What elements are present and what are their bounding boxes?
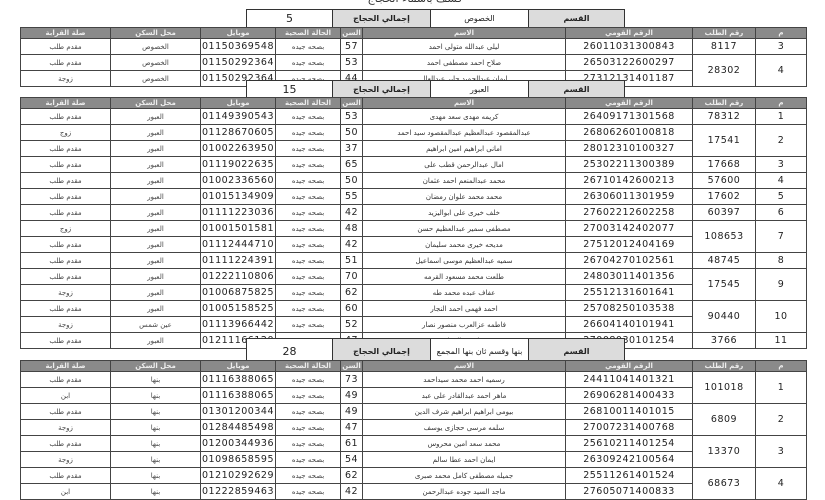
mobile-cell: 01113966442 xyxy=(201,317,276,333)
national-id-cell: 26306011301959 xyxy=(566,189,693,205)
health-cell: بصحه جيده xyxy=(276,452,341,468)
column-header-request-no: رقم الطلب xyxy=(693,361,756,372)
section-total-value: 15 xyxy=(247,81,333,98)
residence-cell: الخصوص xyxy=(111,71,201,87)
mobile-cell: 01111223036 xyxy=(201,205,276,221)
mobile-cell: 01116388065 xyxy=(201,372,276,388)
table-row: مقدم طلبالخصوص01150369548بصحه جيده57ليلى… xyxy=(21,39,807,55)
name-cell: مديحه خيرى محمد سليمان xyxy=(363,237,566,253)
residence-cell: العبور xyxy=(111,189,201,205)
name-cell: طلعت محمد مسعود القرمه xyxy=(363,269,566,285)
residence-cell: بنها xyxy=(111,372,201,388)
residence-cell: العبور xyxy=(111,109,201,125)
residence-cell: الخصوص xyxy=(111,55,201,71)
section-dept-label: القسم xyxy=(529,81,624,98)
column-header-name: الاسم xyxy=(363,361,566,372)
name-cell: جميله مصطفى كامل محمد صبرى xyxy=(363,468,566,484)
relation-cell: مقدم طلب xyxy=(21,436,111,452)
relation-cell: زوجة xyxy=(21,420,111,436)
age-cell: 47 xyxy=(341,420,363,436)
request-no-cell: 48745 xyxy=(693,253,756,269)
column-header-index: م xyxy=(756,98,807,109)
residence-cell: العبور xyxy=(111,221,201,237)
age-cell: 65 xyxy=(341,157,363,173)
section-dept-value: العبور xyxy=(431,81,529,98)
national-id-cell: 26309242100564 xyxy=(566,452,693,468)
column-header-mobile: موبايل xyxy=(201,98,276,109)
age-cell: 42 xyxy=(341,237,363,253)
column-header-relation: صلة القرابة xyxy=(21,361,111,372)
index-cell: 4 xyxy=(756,55,807,87)
mobile-cell: 01001501581 xyxy=(201,221,276,237)
relation-cell: ابن xyxy=(21,388,111,404)
health-cell: بصحه جيده xyxy=(276,125,341,141)
residence-cell: بنها xyxy=(111,388,201,404)
relation-cell: زوجة xyxy=(21,317,111,333)
request-no-cell: 17541 xyxy=(693,125,756,157)
request-no-cell: 101018 xyxy=(693,372,756,404)
table-row: زوجةالعبور01006875825بصحه جيده62عفاف عبد… xyxy=(21,285,807,301)
table-row: مقدم طلبالعبور01005158525بصحه جيده60احمد… xyxy=(21,301,807,317)
request-no-cell: 108653 xyxy=(693,221,756,253)
health-cell: بصحه جيده xyxy=(276,484,341,500)
request-no-cell: 28302 xyxy=(693,55,756,87)
national-id-cell: 25511261401524 xyxy=(566,468,693,484)
index-cell: 1 xyxy=(756,372,807,404)
mobile-cell: 01098658595 xyxy=(201,452,276,468)
column-header-relation: صلة القرابة xyxy=(21,98,111,109)
column-header-name: الاسم xyxy=(363,28,566,39)
health-cell: بصحه جيده xyxy=(276,55,341,71)
table-header-row: صلة القرابةمحل السكنموبايلالحالة الصحيةا… xyxy=(21,361,807,372)
table-row: مقدم طلبالعبور01015134909بصحه جيده55محمد… xyxy=(21,189,807,205)
age-cell: 37 xyxy=(341,141,363,157)
mobile-cell: 01128670605 xyxy=(201,125,276,141)
column-header-national-id: الرقم القومي xyxy=(566,361,693,372)
name-cell: ماهر احمد عبدالقادر على عبد xyxy=(363,388,566,404)
name-cell: محمد سعد امين محروس xyxy=(363,436,566,452)
column-header-residence: محل السكن xyxy=(111,361,201,372)
index-cell: 8 xyxy=(756,253,807,269)
table-row: مقدم طلببنها01301200344بصحه جيده49بيومى … xyxy=(21,404,807,420)
residence-cell: العبور xyxy=(111,253,201,269)
residence-cell: بنها xyxy=(111,436,201,452)
relation-cell: زوجة xyxy=(21,452,111,468)
health-cell: بصحه جيده xyxy=(276,269,341,285)
age-cell: 55 xyxy=(341,189,363,205)
national-id-cell: 28012310100327 xyxy=(566,141,693,157)
residence-cell: العبور xyxy=(111,205,201,221)
relation-cell: مقدم طلب xyxy=(21,157,111,173)
national-id-cell: 25708250103538 xyxy=(566,301,693,317)
name-cell: احمد فهمى احمد النجار xyxy=(363,301,566,317)
age-cell: 42 xyxy=(341,205,363,221)
residence-cell: بنها xyxy=(111,468,201,484)
name-cell: سلمه مرسى حجازى يوسف xyxy=(363,420,566,436)
request-no-cell: 60397 xyxy=(693,205,756,221)
mobile-cell: 01149390543 xyxy=(201,109,276,125)
table-row: مقدم طلببنها01116388065بصحه جيده73رسميه … xyxy=(21,372,807,388)
national-id-cell: 24411041401321 xyxy=(566,372,693,388)
mobile-cell: 01119022635 xyxy=(201,157,276,173)
table-row: ابنبنها01116388065بصحه جيده49ماهر احمد ع… xyxy=(21,388,807,404)
column-header-age: السن xyxy=(341,361,363,372)
name-cell: كريمه مهدى سعد مهدى xyxy=(363,109,566,125)
request-no-cell: 68673 xyxy=(693,468,756,500)
name-cell: ايمان احمد عطا سالم xyxy=(363,452,566,468)
residence-cell: العبور xyxy=(111,301,201,317)
relation-cell: مقدم طلب xyxy=(21,301,111,317)
request-no-cell: 57600 xyxy=(693,173,756,189)
mobile-cell: 01200344936 xyxy=(201,436,276,452)
table-row: مقدم طلببنها01210292629بصحه جيده62جميله … xyxy=(21,468,807,484)
relation-cell: ابن xyxy=(21,484,111,500)
name-cell: رسميه احمد محمد سيداحمد xyxy=(363,372,566,388)
table-row: مقدم طلبالعبور01149390543بصحه جيده53كريم… xyxy=(21,109,807,125)
index-cell: 9 xyxy=(756,269,807,301)
relation-cell: مقدم طلب xyxy=(21,333,111,349)
residence-cell: العبور xyxy=(111,237,201,253)
relation-cell: مقدم طلب xyxy=(21,237,111,253)
age-cell: 49 xyxy=(341,388,363,404)
index-cell: 3 xyxy=(756,39,807,55)
relation-cell: مقدم طلب xyxy=(21,372,111,388)
mobile-cell: 01002263950 xyxy=(201,141,276,157)
health-cell: بصحه جيده xyxy=(276,285,341,301)
name-cell: فاطمه عزالعرب منصور نصار xyxy=(363,317,566,333)
index-cell: 4 xyxy=(756,173,807,189)
table-row: زوجةبنها01098658595بصحه جيده54ايمان احمد… xyxy=(21,452,807,468)
health-cell: بصحه جيده xyxy=(276,189,341,205)
request-no-cell: 17602 xyxy=(693,189,756,205)
national-id-cell: 26810011401015 xyxy=(566,404,693,420)
residence-cell: عين شمس xyxy=(111,317,201,333)
section-total-value: 5 xyxy=(247,10,333,27)
column-header-health: الحالة الصحية xyxy=(276,98,341,109)
residence-cell: العبور xyxy=(111,333,201,349)
health-cell: بصحه جيده xyxy=(276,205,341,221)
residence-cell: العبور xyxy=(111,125,201,141)
index-cell: 10 xyxy=(756,301,807,333)
index-cell: 6 xyxy=(756,205,807,221)
health-cell: بصحه جيده xyxy=(276,221,341,237)
health-cell: بصحه جيده xyxy=(276,317,341,333)
mobile-cell: 01111224391 xyxy=(201,253,276,269)
table-row: زوجةبنها01284485498بصحه جيده47سلمه مرسى … xyxy=(21,420,807,436)
relation-cell: مقدم طلب xyxy=(21,269,111,285)
name-cell: عفاف عبده محمد طه xyxy=(363,285,566,301)
residence-cell: بنها xyxy=(111,404,201,420)
pilgrims-table: صلة القرابةمحل السكنموبايلالحالة الصحيةا… xyxy=(20,97,807,349)
column-header-request-no: رقم الطلب xyxy=(693,98,756,109)
table-row: مقدم طلبالعبور01111224391بصحه جيده51سميه… xyxy=(21,253,807,269)
relation-cell: مقدم طلب xyxy=(21,39,111,55)
mobile-cell: 01150292364 xyxy=(201,55,276,71)
column-header-index: م xyxy=(756,28,807,39)
name-cell: مصطفى سمير عبدالعظيم حسن xyxy=(363,221,566,237)
relation-cell: زوجة xyxy=(21,71,111,87)
age-cell: 60 xyxy=(341,301,363,317)
mobile-cell: 01222110806 xyxy=(201,269,276,285)
age-cell: 62 xyxy=(341,468,363,484)
name-cell: خلف خيرى على ابواليزيد xyxy=(363,205,566,221)
index-cell: 3 xyxy=(756,157,807,173)
relation-cell: مقدم طلب xyxy=(21,189,111,205)
index-cell: 3 xyxy=(756,436,807,468)
table-row: مقدم طلبالعبور01112444710بصحه جيده42مديح… xyxy=(21,237,807,253)
request-no-cell: 13370 xyxy=(693,436,756,468)
name-cell: عبدالمقصود عبدالعظيم عبدالمقصود سيد احمد xyxy=(363,125,566,141)
table-row: مقدم طلببنها01200344936بصحه جيده61محمد س… xyxy=(21,436,807,452)
relation-cell: مقدم طلب xyxy=(21,173,111,189)
national-id-cell: 26409171301568 xyxy=(566,109,693,125)
age-cell: 53 xyxy=(341,109,363,125)
name-cell: ليلى عبدالله متولى احمد xyxy=(363,39,566,55)
column-header-mobile: موبايل xyxy=(201,28,276,39)
age-cell: 48 xyxy=(341,221,363,237)
relation-cell: مقدم طلب xyxy=(21,468,111,484)
column-header-residence: محل السكن xyxy=(111,28,201,39)
age-cell: 70 xyxy=(341,269,363,285)
table-row: زوجالعبور01001501581بصحه جيده48مصطفى سمي… xyxy=(21,221,807,237)
national-id-cell: 26806260100818 xyxy=(566,125,693,141)
section-total-label: إجمالي الحجاج xyxy=(333,81,431,98)
relation-cell: مقدم طلب xyxy=(21,205,111,221)
relation-cell: مقدم طلب xyxy=(21,141,111,157)
relation-cell: مقدم طلب xyxy=(21,404,111,420)
index-cell: 5 xyxy=(756,189,807,205)
age-cell: 42 xyxy=(341,484,363,500)
mobile-cell: 01150369548 xyxy=(201,39,276,55)
health-cell: بصحه جيده xyxy=(276,157,341,173)
national-id-cell: 27007231400768 xyxy=(566,420,693,436)
column-header-national-id: الرقم القومي xyxy=(566,28,693,39)
residence-cell: العبور xyxy=(111,157,201,173)
table-row: زوجالعبور01128670605بصحه جيده50عبدالمقصو… xyxy=(21,125,807,141)
column-header-mobile: موبايل xyxy=(201,361,276,372)
column-header-age: السن xyxy=(341,98,363,109)
column-header-health: الحالة الصحية xyxy=(276,28,341,39)
column-header-national-id: الرقم القومي xyxy=(566,98,693,109)
national-id-cell: 26906281400433 xyxy=(566,388,693,404)
relation-cell: مقدم طلب xyxy=(21,55,111,71)
age-cell: 54 xyxy=(341,452,363,468)
national-id-cell: 24803011401356 xyxy=(566,269,693,285)
residence-cell: العبور xyxy=(111,173,201,189)
relation-cell: مقدم طلب xyxy=(21,253,111,269)
age-cell: 51 xyxy=(341,253,363,269)
national-id-cell: 25610211401254 xyxy=(566,436,693,452)
residence-cell: بنها xyxy=(111,420,201,436)
health-cell: بصحه جيده xyxy=(276,372,341,388)
section-header: 5إجمالي الحجاجالخصوصالقسم xyxy=(246,9,625,28)
pilgrims-table: صلة القرابةمحل السكنموبايلالحالة الصحيةا… xyxy=(20,27,807,87)
age-cell: 61 xyxy=(341,436,363,452)
age-cell: 50 xyxy=(341,173,363,189)
request-no-cell: 6809 xyxy=(693,404,756,436)
national-id-cell: 25512131601641 xyxy=(566,285,693,301)
column-header-request-no: رقم الطلب xyxy=(693,28,756,39)
residence-cell: العبور xyxy=(111,285,201,301)
page-title: كشف بأسماء الحجاج xyxy=(300,0,530,5)
residence-cell: العبور xyxy=(111,269,201,285)
national-id-cell: 27602212602258 xyxy=(566,205,693,221)
health-cell: بصحه جيده xyxy=(276,420,341,436)
residence-cell: الخصوص xyxy=(111,39,201,55)
table-row: مقدم طلبالعبور01002336560بصحه جيده50محمد… xyxy=(21,173,807,189)
relation-cell: زوج xyxy=(21,221,111,237)
column-header-health: الحالة الصحية xyxy=(276,361,341,372)
index-cell: 11 xyxy=(756,333,807,349)
name-cell: ماجد السيد جوده عبدالرحمن xyxy=(363,484,566,500)
column-header-residence: محل السكن xyxy=(111,98,201,109)
health-cell: بصحه جيده xyxy=(276,173,341,189)
mobile-cell: 01116388065 xyxy=(201,388,276,404)
national-id-cell: 26503122600297 xyxy=(566,55,693,71)
age-cell: 50 xyxy=(341,125,363,141)
relation-cell: مقدم طلب xyxy=(21,109,111,125)
health-cell: بصحه جيده xyxy=(276,109,341,125)
health-cell: بصحه جيده xyxy=(276,39,341,55)
name-cell: محمد محمد علوان رمضان xyxy=(363,189,566,205)
mobile-cell: 01015134909 xyxy=(201,189,276,205)
health-cell: بصحه جيده xyxy=(276,436,341,452)
index-cell: 2 xyxy=(756,404,807,436)
residence-cell: بنها xyxy=(111,452,201,468)
mobile-cell: 01005158525 xyxy=(201,301,276,317)
table-row: مقدم طلبالعبور01002263950بصحه جيده37امان… xyxy=(21,141,807,157)
age-cell: 53 xyxy=(341,55,363,71)
mobile-cell: 01112444710 xyxy=(201,237,276,253)
health-cell: بصحه جيده xyxy=(276,388,341,404)
residence-cell: العبور xyxy=(111,141,201,157)
name-cell: سميه عبدالعظيم موسى اسماعيل xyxy=(363,253,566,269)
table-row: زوجةعين شمس01113966442بصحه جيده52فاطمه ع… xyxy=(21,317,807,333)
index-cell: 7 xyxy=(756,221,807,253)
health-cell: بصحه جيده xyxy=(276,253,341,269)
section-dept-label: القسم xyxy=(529,10,624,27)
index-cell: 4 xyxy=(756,468,807,500)
section-dept-value: الخصوص xyxy=(431,10,529,27)
residence-cell: بنها xyxy=(111,484,201,500)
mobile-cell: 01002336560 xyxy=(201,173,276,189)
national-id-cell: 26011031300843 xyxy=(566,39,693,55)
name-cell: صلاح احمد مصطفى احمد xyxy=(363,55,566,71)
request-no-cell: 90440 xyxy=(693,301,756,333)
national-id-cell: 27003142402077 xyxy=(566,221,693,237)
request-no-cell: 3766 xyxy=(693,333,756,349)
column-header-index: م xyxy=(756,361,807,372)
pilgrims-table: صلة القرابةمحل السكنموبايلالحالة الصحيةا… xyxy=(20,360,807,500)
relation-cell: زوجة xyxy=(21,285,111,301)
health-cell: بصحه جيده xyxy=(276,141,341,157)
request-no-cell: 17668 xyxy=(693,157,756,173)
table-header-row: صلة القرابةمحل السكنموبايلالحالة الصحيةا… xyxy=(21,28,807,39)
health-cell: بصحه جيده xyxy=(276,237,341,253)
national-id-cell: 27605071400833 xyxy=(566,484,693,500)
table-header-row: صلة القرابةمحل السكنموبايلالحالة الصحيةا… xyxy=(21,98,807,109)
table-row: مقدم طلبالعبور01222110806بصحه جيده70طلعت… xyxy=(21,269,807,285)
index-cell: 2 xyxy=(756,125,807,157)
table-row: مقدم طلبالخصوص01150292364بصحه جيده53صلاح… xyxy=(21,55,807,71)
national-id-cell: 25302211300389 xyxy=(566,157,693,173)
column-header-name: الاسم xyxy=(363,98,566,109)
age-cell: 52 xyxy=(341,317,363,333)
table-row: ابنبنها01222859463بصحه جيده42ماجد السيد … xyxy=(21,484,807,500)
column-header-age: السن xyxy=(341,28,363,39)
national-id-cell: 26604140101941 xyxy=(566,317,693,333)
table-row: مقدم طلبالعبور01119022635بصحه جيده65امال… xyxy=(21,157,807,173)
relation-cell: زوج xyxy=(21,125,111,141)
request-no-cell: 78312 xyxy=(693,109,756,125)
name-cell: امانى ابراهيم امين ابراهيم xyxy=(363,141,566,157)
column-header-relation: صلة القرابة xyxy=(21,28,111,39)
national-id-cell: 27512012404169 xyxy=(566,237,693,253)
age-cell: 62 xyxy=(341,285,363,301)
request-no-cell: 8117 xyxy=(693,39,756,55)
mobile-cell: 01284485498 xyxy=(201,420,276,436)
name-cell: محمد عبدالمنعم احمد عثمان xyxy=(363,173,566,189)
mobile-cell: 01006875825 xyxy=(201,285,276,301)
health-cell: بصحه جيده xyxy=(276,404,341,420)
mobile-cell: 01210292629 xyxy=(201,468,276,484)
mobile-cell: 01301200344 xyxy=(201,404,276,420)
health-cell: بصحه جيده xyxy=(276,301,341,317)
national-id-cell: 26710142600213 xyxy=(566,173,693,189)
age-cell: 49 xyxy=(341,404,363,420)
mobile-cell: 01222859463 xyxy=(201,484,276,500)
age-cell: 73 xyxy=(341,372,363,388)
table-row: مقدم طلبالعبور01111223036بصحه جيده42خلف … xyxy=(21,205,807,221)
age-cell: 57 xyxy=(341,39,363,55)
index-cell: 1 xyxy=(756,109,807,125)
section-total-label: إجمالي الحجاج xyxy=(333,10,431,27)
request-no-cell: 17545 xyxy=(693,269,756,301)
national-id-cell: 26704270102561 xyxy=(566,253,693,269)
name-cell: امال عبدالرحمن قطب على xyxy=(363,157,566,173)
name-cell: بيومى ابراهيم ابراهيم شرف الدين xyxy=(363,404,566,420)
health-cell: بصحه جيده xyxy=(276,468,341,484)
